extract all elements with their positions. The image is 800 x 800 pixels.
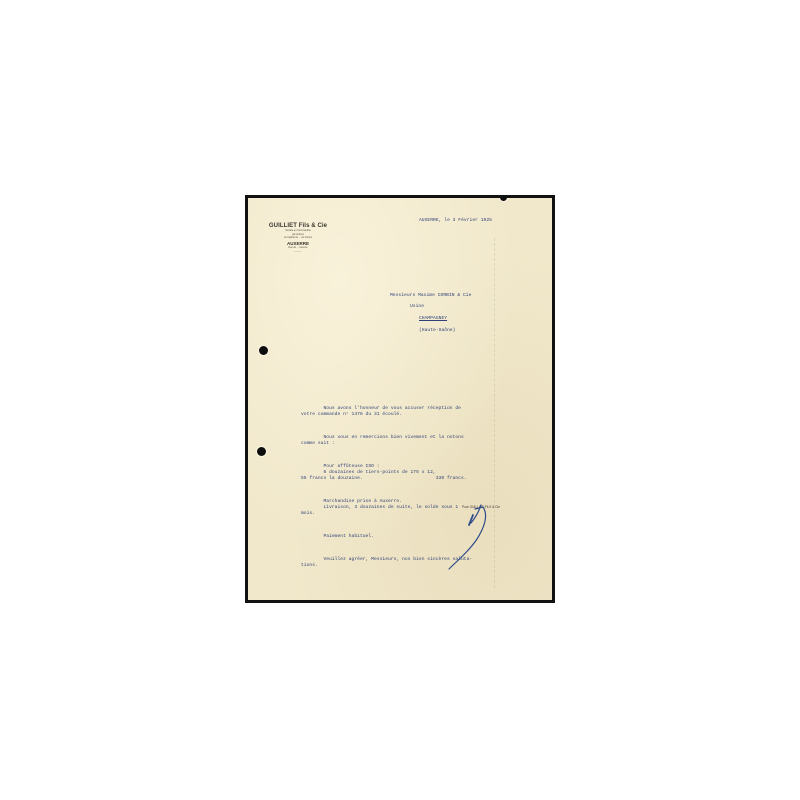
punch-hole-lower [257,447,266,456]
letterhead: GUILLIET Fils & Cie Société en Commandit… [258,223,338,253]
letter-sheet: GUILLIET Fils & Cie Société en Commandit… [248,198,552,600]
punch-hole-upper [259,346,268,355]
letterhead-mark: —·— [258,249,338,253]
recipient-name: Messieurs Maxime CORBIN & Cie [390,293,471,299]
company-capital: au Capital de ... de Francs [258,236,338,240]
punch-hole-top [500,198,507,201]
handwritten-signature [443,503,523,573]
recipient-line2: Usine [410,304,424,310]
recipient-region: (Haute-Saône) [419,328,456,334]
paragraph-acknowledgement: Nous avons l'honneur de vous accuser réc… [301,406,551,418]
paragraph-thanks: Nous vous en remercions bien vivement et… [301,435,551,447]
paragraph-order-details: Pour affûteuse ISO : 6 douzaines de tier… [301,464,551,482]
recipient-town: CHAMPAGNEY [419,316,447,322]
date-line: AUXERRE, le 3 Février 1925 [419,218,492,224]
